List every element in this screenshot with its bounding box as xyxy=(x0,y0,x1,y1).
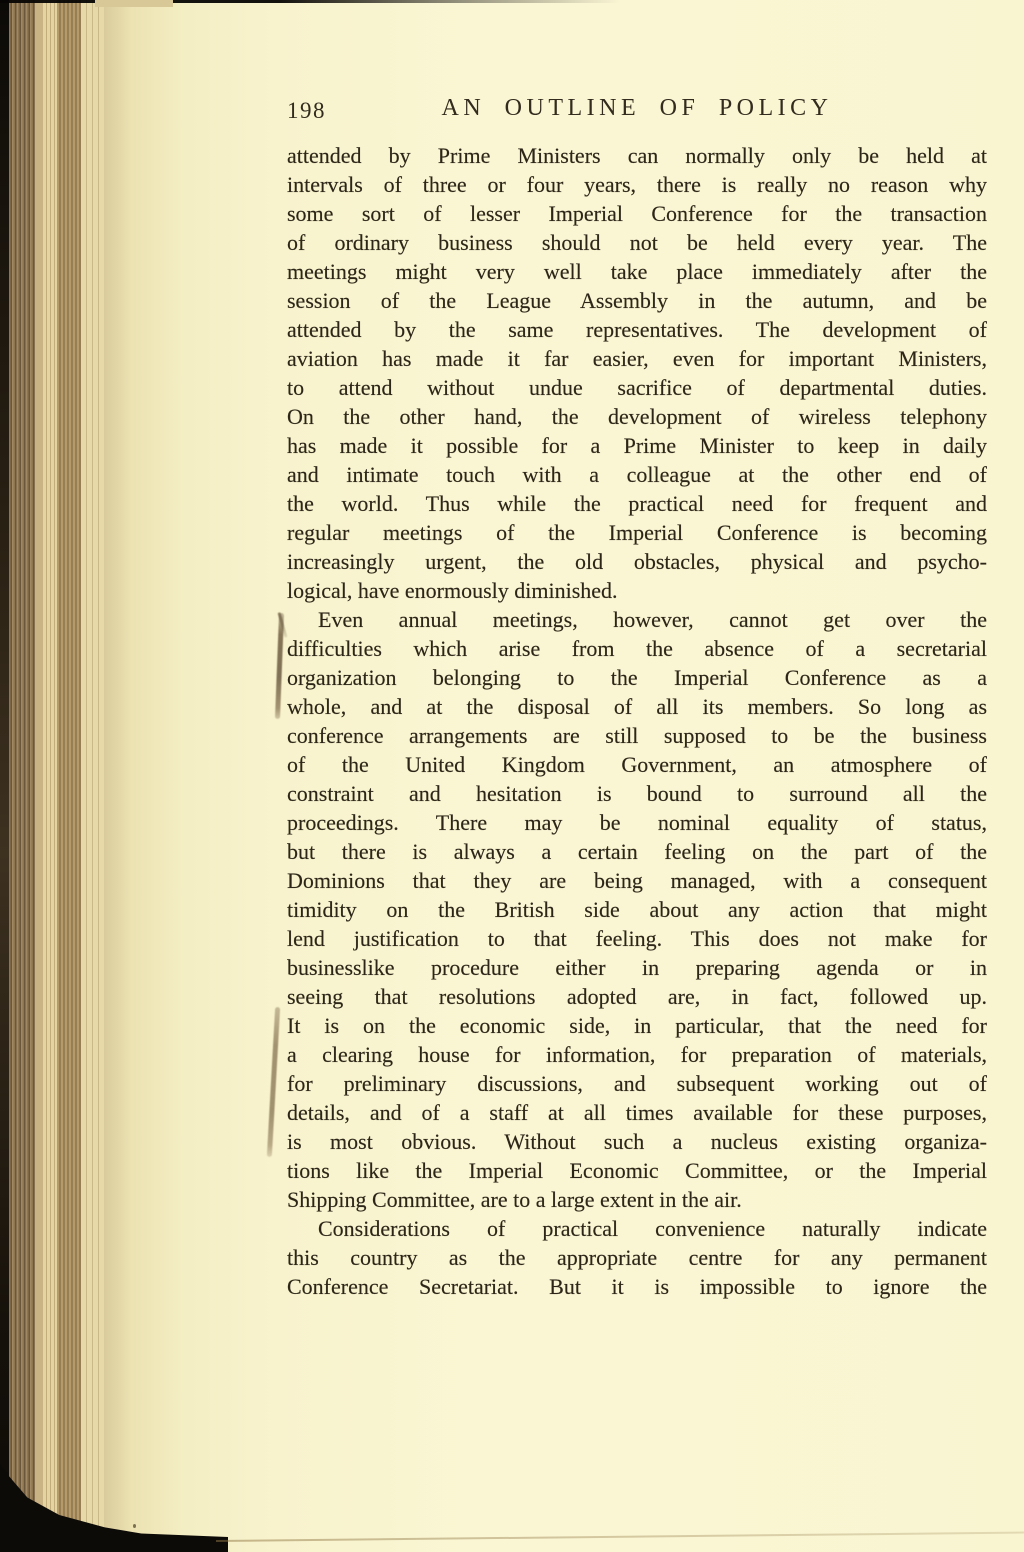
book-fore-edge-pages xyxy=(0,0,104,1552)
text-line: meetings might very well take place imme… xyxy=(287,257,987,286)
text-line: session of the League Assembly in the au… xyxy=(287,286,987,315)
text-line: but there is always a certain feeling on… xyxy=(287,837,987,866)
text-line: a clearing house for information, for pr… xyxy=(287,1040,987,1069)
text-line: regular meetings of the Imperial Confere… xyxy=(287,518,987,547)
text-line: businesslike procedure either in prepari… xyxy=(287,953,987,982)
text-line: is most obvious. Without such a nucleus … xyxy=(287,1127,987,1156)
text-line: the world. Thus while the practical need… xyxy=(287,489,987,518)
text-line: Conference Secretariat. But it is imposs… xyxy=(287,1272,987,1301)
page-edge-stripes-dark xyxy=(9,0,35,1552)
page-body-text: attended by Prime Ministers can normally… xyxy=(287,141,987,1301)
page-edge-band-light xyxy=(35,0,43,1552)
text-line: proceedings. There may be nominal equali… xyxy=(287,808,987,837)
text-line: to attend without undue sacrifice of dep… xyxy=(287,373,987,402)
page-edge-stripes-pale xyxy=(81,0,104,1552)
text-line: Considerations of practical convenience … xyxy=(287,1214,987,1243)
text-line: has made it possible for a Prime Ministe… xyxy=(287,431,987,460)
page-edge-stripes-tan xyxy=(57,0,81,1552)
text-line: Even annual meetings, however, cannot ge… xyxy=(287,605,987,634)
text-line: increasingly urgent, the old obstacles, … xyxy=(287,547,987,576)
text-line: details, and of a staff at all times ava… xyxy=(287,1098,987,1127)
text-line: conference arrangements are still suppos… xyxy=(287,721,987,750)
text-line: constraint and hesitation is bound to su… xyxy=(287,779,987,808)
text-line: logical, have enormously diminished. xyxy=(287,576,987,605)
scanned-book-photo: 198 AN OUTLINE OF POLICY attended by Pri… xyxy=(0,0,1024,1552)
edge-shadow-strip xyxy=(0,0,9,1552)
top-edge-page-tab xyxy=(95,0,173,7)
text-line: of the United Kingdom Government, an atm… xyxy=(287,750,987,779)
page-header: 198 AN OUTLINE OF POLICY xyxy=(287,95,987,127)
text-line: It is on the economic side, in particula… xyxy=(287,1011,987,1040)
text-line: of ordinary business should not be held … xyxy=(287,228,987,257)
text-line: organization belonging to the Imperial C… xyxy=(287,663,987,692)
text-line: timidity on the British side about any a… xyxy=(287,895,987,924)
text-line: Shipping Committee, are to a large exten… xyxy=(287,1185,987,1214)
text-line: attended by the same representatives. Th… xyxy=(287,315,987,344)
text-line: lend justification to that feeling. This… xyxy=(287,924,987,953)
text-line: and intimate touch with a colleague at t… xyxy=(287,460,987,489)
page-number: 198 xyxy=(287,98,326,124)
text-line: intervals of three or four years, there … xyxy=(287,170,987,199)
page-edge-stripes-cream xyxy=(43,0,57,1552)
book-page: 198 AN OUTLINE OF POLICY attended by Pri… xyxy=(104,0,1024,1552)
text-line: On the other hand, the development of wi… xyxy=(287,402,987,431)
text-line: attended by Prime Ministers can normally… xyxy=(287,141,987,170)
text-line: seeing that resolutions adopted are, in … xyxy=(287,982,987,1011)
text-line: for preliminary discussions, and subsequ… xyxy=(287,1069,987,1098)
text-line: tions like the Imperial Economic Committ… xyxy=(287,1156,987,1185)
text-line: some sort of lesser Imperial Conference … xyxy=(287,199,987,228)
running-title: AN OUTLINE OF POLICY xyxy=(287,95,987,122)
text-line: Dominions that they are being managed, w… xyxy=(287,866,987,895)
text-line: aviation has made it far easier, even fo… xyxy=(287,344,987,373)
text-line: whole, and at the disposal of all its me… xyxy=(287,692,987,721)
text-line: difficulties which arise from the absenc… xyxy=(287,634,987,663)
text-line: this country as the appropriate centre f… xyxy=(287,1243,987,1272)
paper-speck xyxy=(133,1524,136,1528)
top-edge-shadow xyxy=(0,0,620,3)
